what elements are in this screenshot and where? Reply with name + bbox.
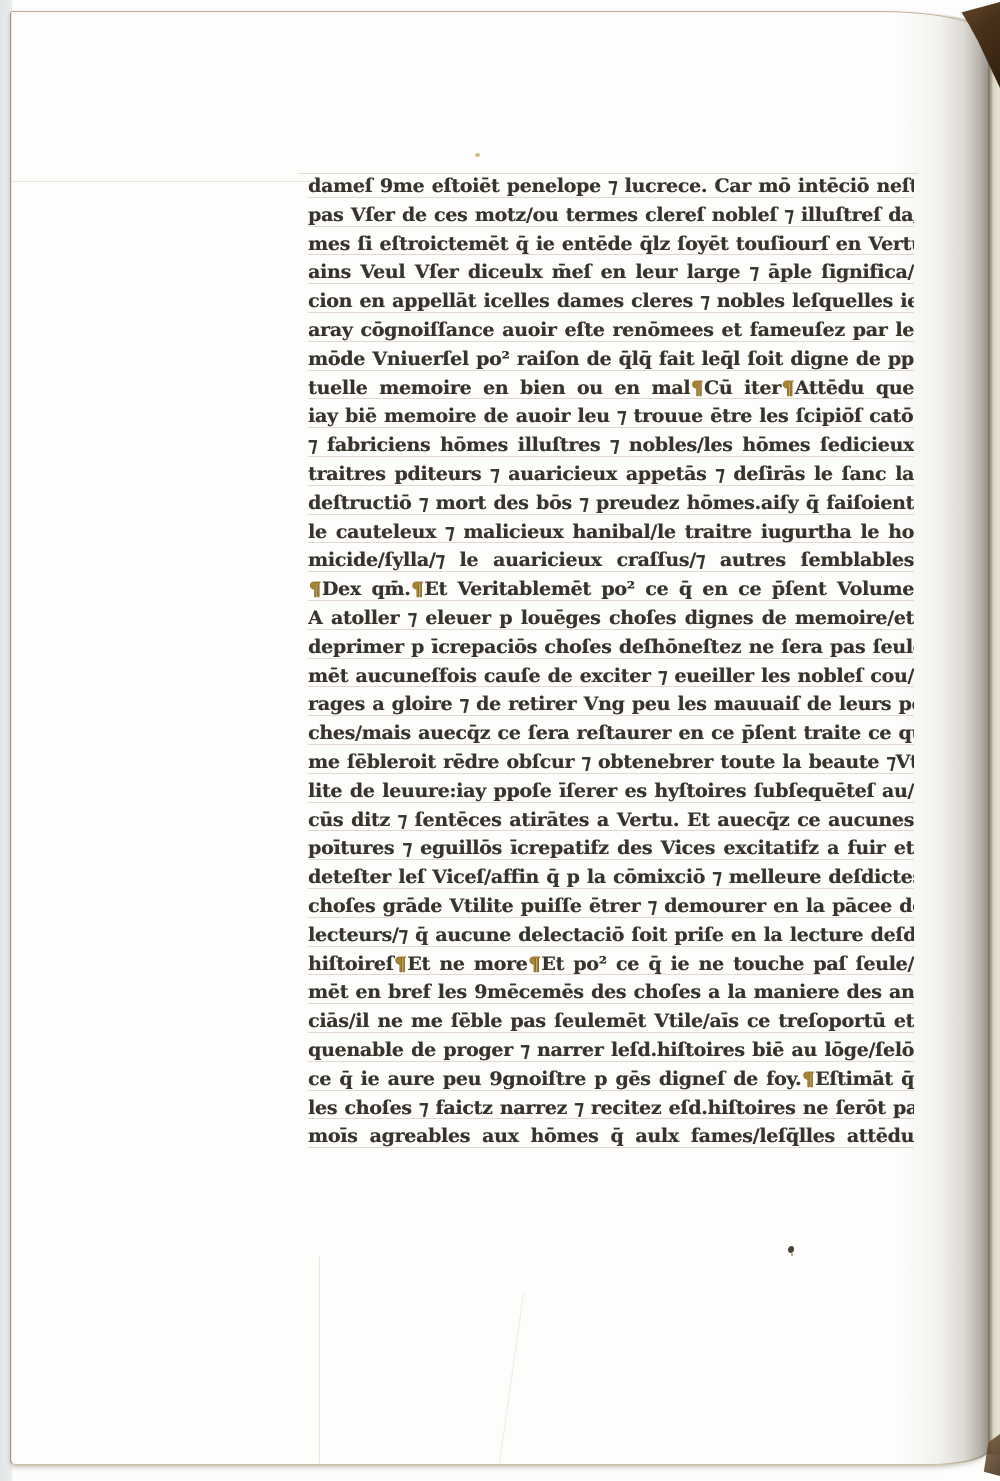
- text-line: moīs agreables aux hōmes q̄ aulx fames/l…: [308, 1122, 914, 1151]
- ink-speck: [788, 1246, 794, 1253]
- next-page-edge: [988, 32, 1000, 1454]
- text-line: micide/ſylla/⁊ le auaricieux craſſus/⁊ a…: [308, 546, 914, 575]
- text-line: le cauteleux ⁊ malicieux hanibal/le trai…: [308, 518, 914, 547]
- text-block: dameſ 9me eſtoiēt penelope ⁊ lucrece. Ca…: [308, 172, 914, 1151]
- text-line: mēt aucuneſfois cauſe de exciter ⁊ eueil…: [308, 662, 914, 691]
- paraph-mark: ¶: [410, 578, 424, 600]
- text-line: me ſēbleroit rēdre obſcur ⁊ obtenebrer t…: [308, 748, 914, 777]
- text-line: iay biē memoire de auoir leu ⁊ trouue ēt…: [308, 402, 914, 431]
- manuscript-scan: dameſ 9me eſtoiēt penelope ⁊ lucrece. Ca…: [0, 0, 1000, 1481]
- vertical-crease: [319, 1257, 320, 1463]
- text-line: ches/mais auecq̄z ce ſera reſtaurer en c…: [308, 719, 914, 748]
- text-line: lite de leuure:iay ppoſe īſerer es hyſto…: [308, 777, 914, 806]
- text-line: ce q̄ ie aure peu 9gnoiſtre p gēs digneſ…: [308, 1065, 914, 1094]
- text-line: lecteurs/⁊ q̄ aucune delectaciō ſoit pri…: [308, 921, 914, 950]
- text-line: deteſter leſ Viceſ/affin q̄ p la cōmixci…: [308, 863, 914, 892]
- text-line: ciās/il ne me ſēble pas ſeulemēt Vtile/a…: [308, 1007, 914, 1036]
- text-line: deſtructiō ⁊ mort des bōs ⁊ preudez hōme…: [308, 489, 914, 518]
- text-line: mes ſi eſtroictemēt q̄ ie entēde q̄lz ſo…: [308, 230, 914, 259]
- text-line: pas Vſer de ces motz/ou termes clereſ no…: [308, 201, 914, 230]
- gutter-shadow: [899, 12, 989, 1464]
- text-line: poītures ⁊ eguillōs īcrepatifz des Vices…: [308, 834, 914, 863]
- paraph-mark: ¶: [527, 953, 541, 975]
- paraph-mark: ¶: [801, 1068, 815, 1090]
- text-line: ains Veul Vſer diceulx m̄eſ en leur larg…: [308, 258, 914, 287]
- text-line: mōde Vniuerſel po² raiſon de q̄lq̄ fait …: [308, 345, 914, 374]
- horizontal-crease: [11, 181, 331, 182]
- text-line: quenable de proger ⁊ narrer leſd.hiſtoir…: [308, 1036, 914, 1065]
- paraph-mark: ¶: [781, 377, 795, 399]
- gold-speck: [475, 153, 480, 157]
- text-line: mēt en bref les 9mēcemēs des choſes a la…: [308, 978, 914, 1007]
- text-line: hiſtoireſ¶Et ne more¶Et po² ce q̄ ie ne …: [308, 950, 914, 979]
- paraph-mark: ¶: [393, 953, 407, 975]
- text-line: tuelle memoire en bien ou en mal¶Cū iter…: [308, 374, 914, 403]
- text-line: ⁊ fabriciens hōmes illuſtres ⁊ nobles/le…: [308, 431, 914, 460]
- diagonal-crease: [499, 1293, 524, 1463]
- text-line: les choſes ⁊ faictz narrez ⁊ recitez eſd…: [308, 1094, 914, 1123]
- text-line: ¶Dex qm̄.¶Et Veritablemēt po² ce q̄ en c…: [308, 575, 914, 604]
- manuscript-page: dameſ 9me eſtoiēt penelope ⁊ lucrece. Ca…: [10, 11, 989, 1466]
- text-line: aray cōgnoiſſance auoir eſte renōmees et…: [308, 316, 914, 345]
- text-line: deprimer p īcrepaciōs choſes deſhōneſtez…: [308, 633, 914, 662]
- text-line: traitres pditeurs ⁊ auaricieux appetās ⁊…: [308, 460, 914, 489]
- paraph-mark: ¶: [308, 578, 322, 600]
- text-line: cūs ditz ⁊ ſentēces atirātes a Vertu. Et…: [308, 806, 914, 835]
- text-line: cion en appellāt icelles dames cleres ⁊ …: [308, 287, 914, 316]
- paraph-mark: ¶: [690, 377, 704, 399]
- text-line: rages a gloire ⁊ de retirer Vng peu les …: [308, 690, 914, 719]
- text-line: dameſ 9me eſtoiēt penelope ⁊ lucrece. Ca…: [308, 172, 914, 201]
- text-line: A atoller ⁊ eleuer p louēges choſes dign…: [308, 604, 914, 633]
- text-line: choſes grāde Vtilite puiſſe ētrer ⁊ demo…: [308, 892, 914, 921]
